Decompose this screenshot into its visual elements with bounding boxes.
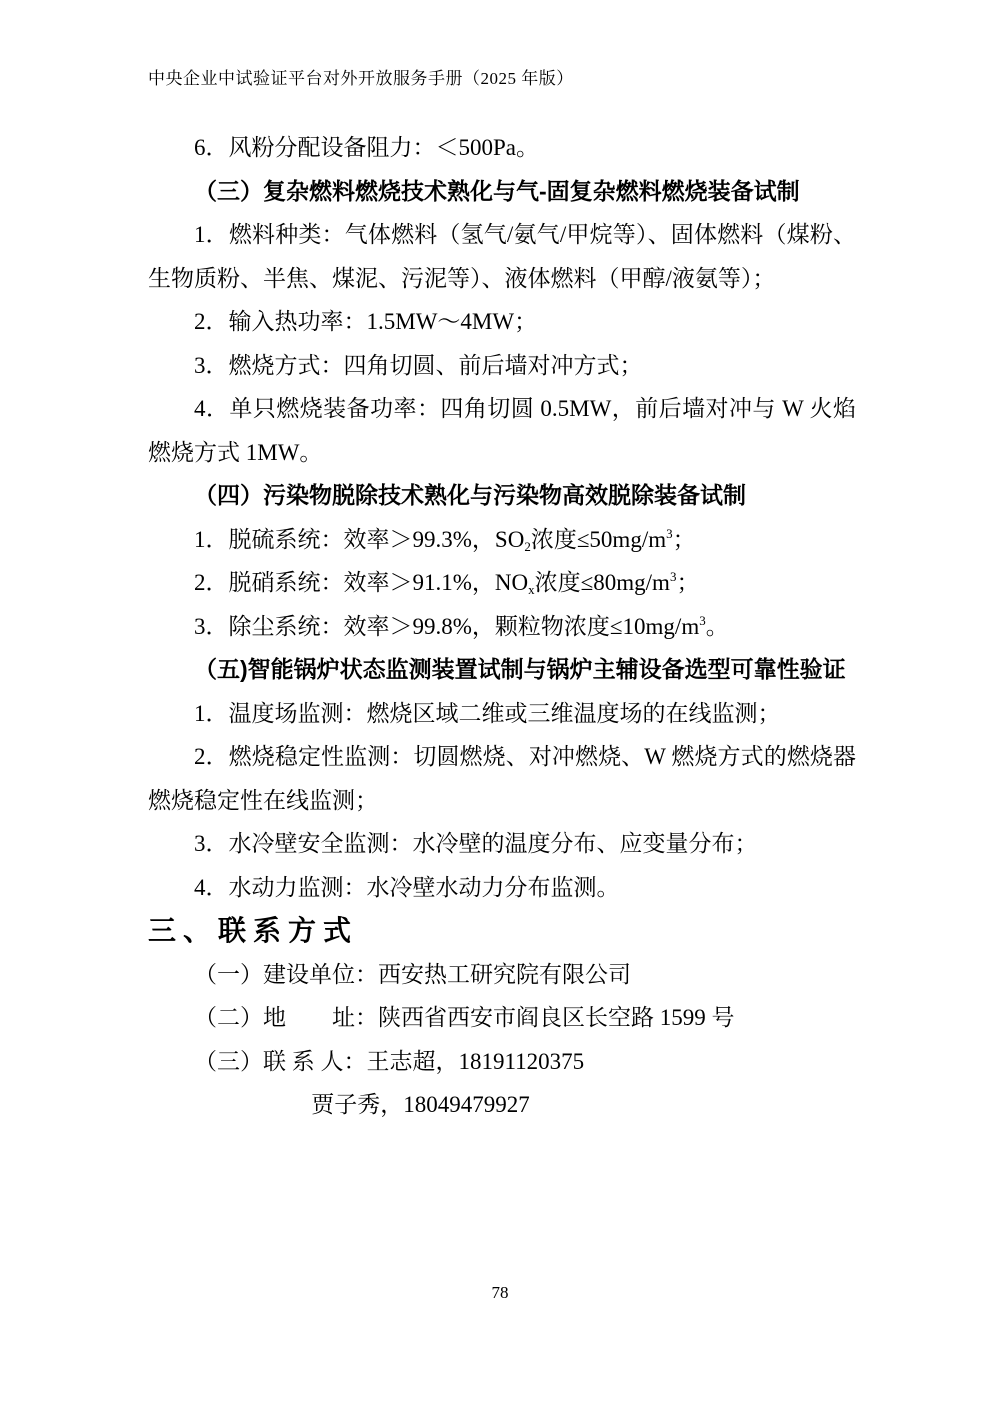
section-3-item-1: 1．燃料种类：气体燃料（氢气/氨气/甲烷等）、固体燃料（煤粉、生物质粉、半焦、煤… (148, 213, 856, 300)
paragraph-item-6: 6．风粉分配设备阻力：＜500Pa。 (148, 126, 856, 170)
text-run: 浓度≤50mg/m (531, 527, 666, 552)
contact-line-person-2: 贾子秀，18049479927 (148, 1083, 856, 1127)
section-3-item-4: 4．单只燃烧装备功率：四角切圆 0.5MW，前后墙对冲与 W 火焰燃烧方式 1M… (148, 387, 856, 474)
section-4-heading: （四）污染物脱除技术熟化与污染物高效脱除装备试制 (148, 474, 856, 518)
contact-line-person-1: （三）联 系 人：王志超，18191120375 (148, 1040, 856, 1084)
section-5-item-3: 3．水冷壁安全监测：水冷壁的温度分布、应变量分布； (148, 822, 856, 866)
text-run: 2．脱硝系统：效率＞91.1%，NO (194, 570, 528, 595)
contact-line-address: （二）地 址：陕西省西安市阎良区长空路 1599 号 (148, 996, 856, 1040)
text-run: 。 (706, 614, 729, 639)
section-3-item-3: 3．燃烧方式：四角切圆、前后墙对冲方式； (148, 344, 856, 388)
section-4-item-2-denitrification: 2．脱硝系统：效率＞91.1%，NOx浓度≤80mg/m3； (148, 561, 856, 605)
document-page: 中央企业中试验证平台对外开放服务手册（2025 年版） 6．风粉分配设备阻力：＜… (0, 0, 1000, 1414)
section-4-item-3-dust-removal: 3．除尘系统：效率＞99.8%，颗粒物浓度≤10mg/m3。 (148, 605, 856, 649)
contact-section-heading: 三、联系方式 (148, 909, 856, 953)
text-run: 1．脱硫系统：效率＞99.3%，SO (194, 527, 524, 552)
section-4-item-1-desulfurization: 1．脱硫系统：效率＞99.3%，SO2浓度≤50mg/m3； (148, 518, 856, 562)
section-5-item-4: 4．水动力监测：水冷壁水动力分布监测。 (148, 866, 856, 910)
section-5-heading: （五)智能锅炉状态监测装置试制与锅炉主辅设备选型可靠性验证 (148, 648, 856, 692)
section-3-heading: （三）复杂燃料燃烧技术熟化与气-固复杂燃料燃烧装备试制 (148, 170, 856, 214)
document-body: 6．风粉分配设备阻力：＜500Pa。 （三）复杂燃料燃烧技术熟化与气-固复杂燃料… (148, 126, 856, 1127)
running-header: 中央企业中试验证平台对外开放服务手册（2025 年版） (148, 68, 574, 90)
contact-line-construction-unit: （一）建设单位：西安热工研究院有限公司 (148, 953, 856, 997)
section-5-item-2: 2．燃烧稳定性监测：切圆燃烧、对冲燃烧、W 燃烧方式的燃烧器燃烧稳定性在线监测； (148, 735, 856, 822)
text-run: 浓度≤80mg/m (535, 570, 670, 595)
section-3-item-2: 2．输入热功率：1.5MW～4MW； (148, 300, 856, 344)
text-run: ； (673, 527, 696, 552)
section-5-item-1: 1．温度场监测：燃烧区域二维或三维温度场的在线监测； (148, 692, 856, 736)
text-run: ； (676, 570, 699, 595)
page-number: 78 (0, 1283, 1000, 1303)
text-run: 3．除尘系统：效率＞99.8%，颗粒物浓度≤10mg/m (194, 614, 699, 639)
